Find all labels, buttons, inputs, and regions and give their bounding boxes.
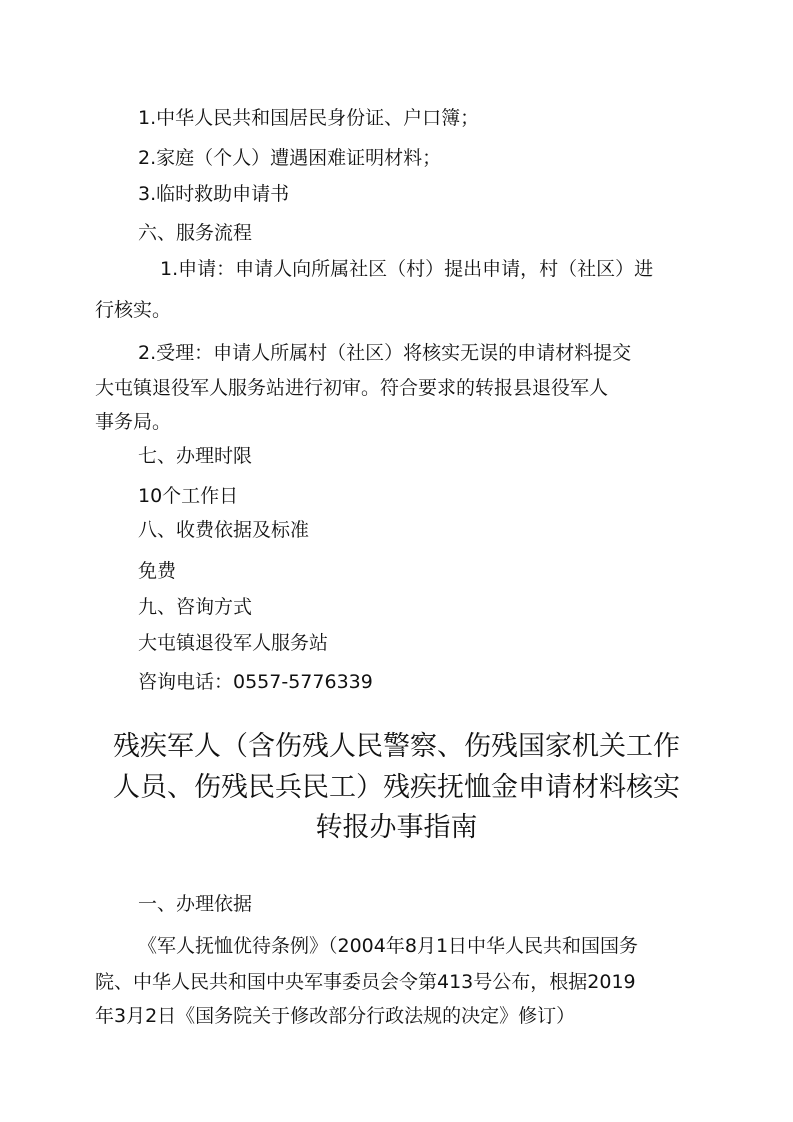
- basis-line-2: 院、中华人民共和国中央军事委员会令第413号公布，根据2019: [95, 970, 636, 994]
- guide-title-line-3: 转报办事指南: [0, 810, 793, 846]
- process-step-1: 1.申请：申请人向所属社区（村）提出申请，村（社区）进: [160, 257, 653, 281]
- process-step-2: 2.受理：申请人所属村（社区）将核实无误的申请材料提交: [138, 341, 631, 365]
- process-step-2-cont: 大屯镇退役军人服务站进行初审。符合要求的转报县退役军人: [95, 376, 608, 400]
- material-item-2: 2.家庭（个人）遭遇困难证明材料；: [138, 146, 441, 170]
- section-heading-basis: 一、办理依据: [138, 892, 252, 916]
- consult-phone: 咨询电话：0557-5776339: [138, 670, 373, 694]
- time-limit-value: 10个工作日: [138, 484, 238, 508]
- material-item-1: 1.中华人民共和国居民身份证、户口簿；: [138, 106, 479, 130]
- process-step-1-cont: 行核实。: [95, 298, 171, 322]
- material-item-3: 3.临时救助申请书: [138, 182, 289, 206]
- consult-org: 大屯镇退役军人服务站: [138, 631, 328, 655]
- guide-title-line-2: 人员、伤残民兵民工）残疾抚恤金申请材料核实: [0, 770, 793, 806]
- basis-line-3: 年3月2日《国务院关于修改部分行政法规的决定》修订）: [95, 1004, 575, 1028]
- section-heading-consult: 九、咨询方式: [138, 595, 252, 619]
- section-heading-process: 六、服务流程: [138, 221, 252, 245]
- section-heading-fees: 八、收费依据及标准: [138, 518, 309, 542]
- guide-title-line-1: 残疾军人（含伤残人民警察、伤残国家机关工作: [0, 729, 793, 765]
- basis-line-1: 《军人抚恤优待条例》（2004年8月1日中华人民共和国国务: [138, 934, 638, 958]
- section-heading-time-limit: 七、办理时限: [138, 444, 252, 468]
- fees-value: 免费: [138, 559, 176, 583]
- process-step-2-cont2: 事务局。: [95, 410, 171, 434]
